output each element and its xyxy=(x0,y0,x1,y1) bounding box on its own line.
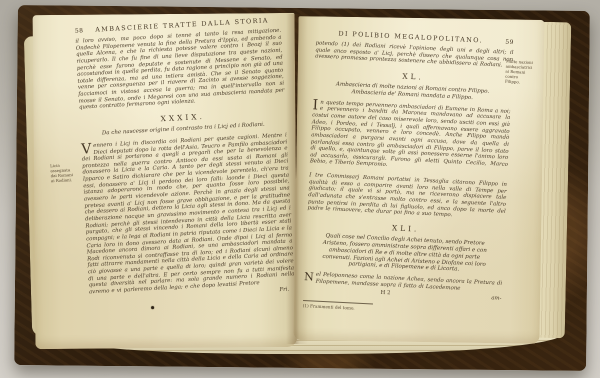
section-xl-argument: Ambascieria di molte nazioni ai Romani c… xyxy=(327,81,497,103)
left-page-text: 58 AMBASCIERIE TRATTE DALLA STORIA il lo… xyxy=(75,16,296,303)
photo-of-open-book: 58 AMBASCIERIE TRATTE DALLA STORIA il lo… xyxy=(0,0,600,378)
right-catchword: am- xyxy=(467,294,501,302)
left-body-paragraph: Vennero i Licj in discordia coi Rodiani … xyxy=(81,132,295,296)
right-continuation-paragraph: potendo (1) dei Rodiani ricevè l'opinion… xyxy=(315,40,514,70)
left-folio-number: 58 xyxy=(75,27,84,34)
left-margin-note: Licia assegnata dai Romani ai Rodiani. xyxy=(50,163,78,184)
right-page: DI POLIBIO MEGALOPOLITANO. 59 potendo (1… xyxy=(293,16,544,344)
footnote: (1) Frammenti del tomo. xyxy=(303,303,501,318)
section-xl-body: In questo tempo pervennero ambasciadori … xyxy=(310,99,511,175)
ink-speck xyxy=(151,306,154,309)
drop-cap-v: V xyxy=(81,143,94,156)
left-body-paragraph-text: ennero i Licj in discordia coi Rodiani p… xyxy=(82,132,295,295)
section-xl-body-text: n questo tempo pervennero ambasciadori d… xyxy=(310,99,511,168)
right-second-paragraph: I tre Commissarj Romani portatisi in Tes… xyxy=(307,172,507,221)
left-continuation-paragraph: il loro avviso, ma poco dopo si tenne al… xyxy=(75,28,285,112)
right-page-text: DI POLIBIO MEGALOPOLITANO. 59 potendo (1… xyxy=(303,28,514,317)
section-xli-argument: Quali cose nel Concilio degli Achei tenu… xyxy=(319,233,490,276)
gutter-shadow xyxy=(286,14,308,344)
right-margin-note: Molte nazioni ambasciatrici ai Romani co… xyxy=(505,60,533,86)
left-page: 58 AMBASCIERIE TRATTE DALLA STORIA il lo… xyxy=(33,13,298,349)
right-folio-number: 59 xyxy=(505,39,514,46)
